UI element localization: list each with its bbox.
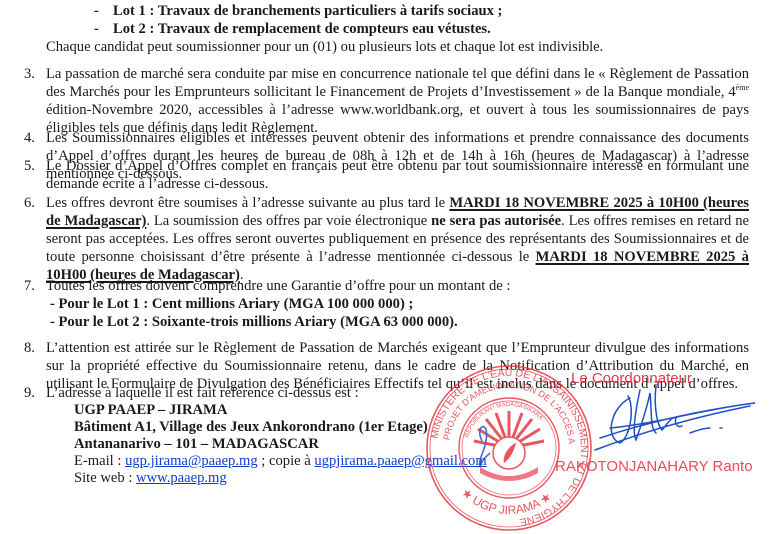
- official-stamp-icon: MINISTERE DE L'EAU DE L'ASSAINISSEMENT E…: [424, 363, 594, 533]
- address-city: Antananarivo – 101 – MADAGASCAR: [74, 435, 319, 453]
- email-link[interactable]: ugp.jirama@paaep.mg: [125, 453, 258, 469]
- item-7-number: 7.: [24, 277, 35, 295]
- item-5-number: 5.: [24, 157, 35, 175]
- superscript-eme: ème: [736, 83, 749, 92]
- item-6-text: Les offres devront être soumises à l’adr…: [46, 194, 749, 284]
- address-building: Bâtiment A1, Village des Jeux Ankorondra…: [74, 418, 428, 436]
- item-3-text: La passation de marché sera conduite par…: [46, 65, 749, 137]
- address-org: UGP PAAEP – JIRAMA: [74, 401, 227, 419]
- signature-icon: [590, 378, 760, 458]
- lot-2-label: Lot 2 : Travaux de remplacement de compt…: [113, 20, 491, 38]
- guarantee-lot-2: - Pour le Lot 2 : Soixante-trois million…: [50, 313, 458, 331]
- item-4-number: 4.: [24, 129, 35, 147]
- item-3-number: 3.: [24, 65, 35, 83]
- electronic-not-allowed: ne sera pas autorisée: [431, 213, 561, 229]
- item-7-text: Toutes les offres doivent comprendre une…: [46, 277, 749, 295]
- lot-1-label: Lot 1 : Travaux de branchements particul…: [113, 2, 502, 20]
- lot-2-dash: -: [94, 20, 99, 38]
- tender-notice-page: - Lot 1 : Travaux de branchements partic…: [0, 0, 774, 534]
- lots-note: Chaque candidat peut soumissionner pour …: [46, 38, 603, 56]
- item-8-number: 8.: [24, 339, 35, 357]
- lot-1-dash: -: [94, 2, 99, 20]
- address-site-line: Site web : www.paaep.mg: [74, 469, 227, 487]
- guarantee-lot-1: - Pour le Lot 1 : Cent millions Ariary (…: [50, 295, 413, 313]
- item-5-text: Le Dossier d’Appel d’Offres complet en f…: [46, 157, 749, 193]
- website-link[interactable]: www.paaep.mg: [136, 470, 227, 486]
- item-9-number: 9.: [24, 384, 35, 402]
- item-6-number: 6.: [24, 194, 35, 212]
